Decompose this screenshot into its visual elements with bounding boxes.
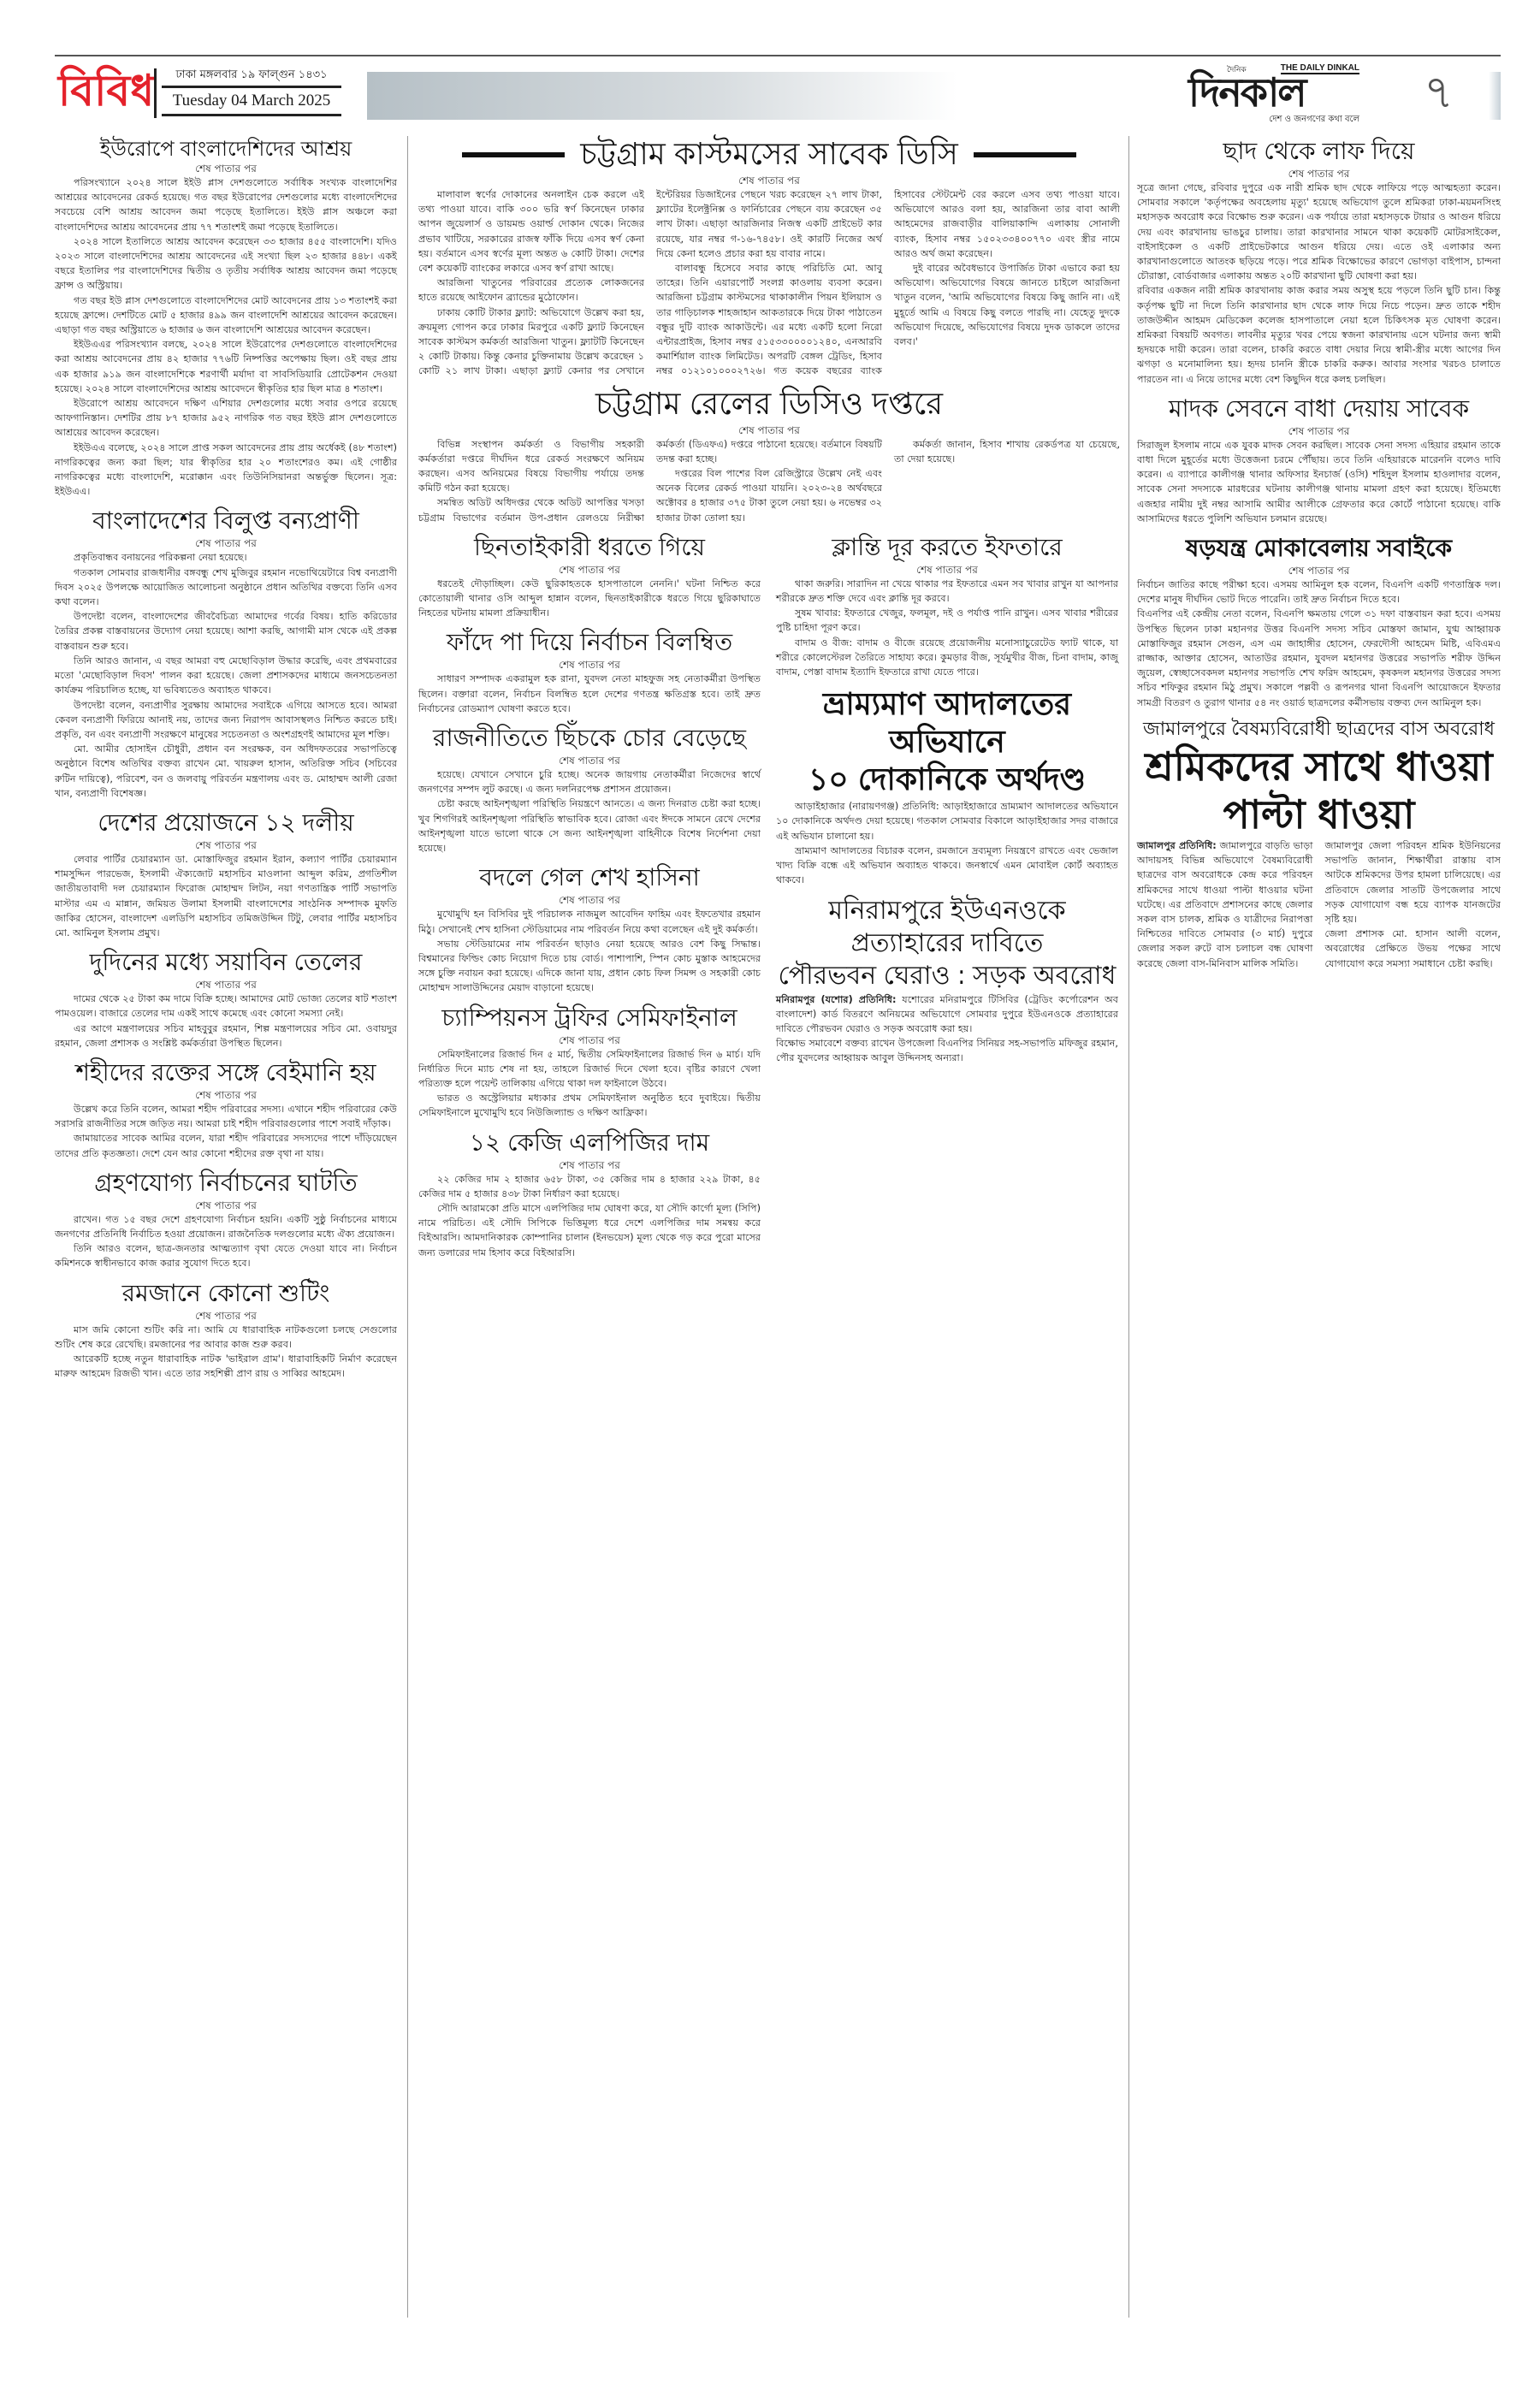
paragraph: ইউরোপে আশ্রয় আবেদনে দক্ষিণ এশিয়ার দেশগ… xyxy=(55,396,397,441)
paragraph: পরিসংখ্যানে ২০২৪ সালে ইইউ প্লাস দেশগুলোত… xyxy=(55,175,397,234)
headline-row: চট্টগ্রাম কাস্টমসের সাবেক ডিসি xyxy=(418,136,1120,174)
byline: মনিরামপুর (যশোর) প্রতিনিধি: xyxy=(776,994,897,1005)
paragraph: কর্মকর্তা জানান, হিসাব শাখায় রেকর্ডপত্র… xyxy=(894,437,1120,466)
article-body: থাকা জরুরি। সারাদিন না খেয়ে থাকার পর ইফ… xyxy=(776,577,1118,679)
paragraph: দুই বারের অবৈধভাবে উপার্জিত টাকা এভাবে ক… xyxy=(894,261,1120,349)
paragraph: সৌদি আরামকো প্রতি মাসে এলপিজির দাম ঘোষণা… xyxy=(418,1201,761,1260)
paragraph: উপদেষ্টা বলেন, বাংলাদেশের জীববৈচিত্র্য আ… xyxy=(55,609,397,654)
paragraph: সুষম খাবার: ইফতারে খেজুর, ফলমূল, দই ও পর… xyxy=(776,606,1118,635)
article: ফাঁদে পা দিয়ে নির্বাচন বিলম্বিত শেষ পাত… xyxy=(418,627,761,716)
continued-label: শেষ পাতার পর xyxy=(1137,424,1501,438)
mid-split: ছিনতাইকারী ধরতে গিয়ে শেষ পাতার পর ধরতেই… xyxy=(418,532,1120,1267)
article-headline: শহীদের রক্তের সঙ্গে বেইমানি হয় xyxy=(55,1057,397,1088)
paragraph: সেমিফাইনালের রিজার্ভ দিন ৫ মার্চ, দ্বিতী… xyxy=(418,1047,761,1092)
continued-label: শেষ পাতার পর xyxy=(776,563,1118,577)
article-headline: ছাদ থেকে লাফ দিয়ে xyxy=(1137,136,1501,167)
article: গ্রহণযোগ্য নির্বাচনের ঘাটতি শেষ পাতার পর… xyxy=(55,1168,397,1271)
paragraph: ধরতেই দৌড়াচ্ছিল। কেউ ছুরিকাহতকে হাসপাতা… xyxy=(418,577,761,621)
paragraph: হয়েছে। যেখানে সেখানে চুরি হচ্ছে। অনেক জ… xyxy=(418,767,761,796)
masthead-slogan: দেশ ও জনগণের কথা বলে xyxy=(1269,113,1359,127)
article-monirampur: মনিরামপুরে ইউএনওকে প্রত্যাহারের দাবিতে প… xyxy=(776,895,1118,1066)
article-body: মাস জমি কোনো শুটিং করি না। আমি যে ধারাবা… xyxy=(55,1323,397,1382)
paragraph: মুখোমুখি হন বিসিবির দুই পরিচালক নাজমুল আ… xyxy=(418,907,761,936)
article-headline: ইউরোপে বাংলাদেশিদের আশ্রয় xyxy=(55,136,397,162)
paragraph: ২০২৪ সালে ইতালিতে আশ্রয় আবেদন করেছেন ৩৩… xyxy=(55,234,397,293)
paragraph: রবিবার একজন নারী শ্রমিক কারখানায় কাজ কর… xyxy=(1137,283,1501,386)
article-rail: চট্টগ্রাম রেলের ডিসিও দপ্তরে শেষ পাতার প… xyxy=(418,386,1120,525)
masthead-title: দিনকাল xyxy=(1188,70,1306,115)
paragraph: আরজিনা খাতুনের পরিবারের প্রত্যেক লোকজনের… xyxy=(418,275,644,305)
paragraph: সূত্রে জানা গেছে, রবিবার দুপুরে এক নারী … xyxy=(1137,181,1501,283)
paragraph: লেবার পার্টির চেয়ারম্যান ডা. মোস্তাফিজু… xyxy=(55,852,397,940)
mid-right-sub: ক্লান্তি দূর করতে ইফতারে শেষ পাতার পর থা… xyxy=(776,532,1118,1267)
date-box: ঢাকা মঙ্গলবার ১৯ ফাল্গুন ১৪৩১ Tuesday 04… xyxy=(162,67,341,118)
byline: জামালপুর প্রতিনিধি: xyxy=(1137,840,1217,851)
article-headline: দেশের প্রয়োজনে ১২ দলীয় xyxy=(55,808,397,838)
section-title: বিবিধ xyxy=(58,65,154,116)
middle-column: চট্টগ্রাম কাস্টমসের সাবেক ডিসি শেষ পাতার… xyxy=(418,136,1120,1267)
article: ষড়যন্ত্র মোকাবেলায় সবাইকে শেষ পাতার পর… xyxy=(1137,533,1501,710)
continued-label: শেষ পাতার পর xyxy=(55,1199,397,1212)
continued-label: শেষ পাতার পর xyxy=(1137,564,1501,577)
article-body: আড়াইহাজার (নারায়ণগঞ্জ) প্রতিনিধি: আড়া… xyxy=(776,799,1118,887)
article-body: রাখেন। গত ১৫ বছর দেশে গ্রহণযোগ্য নির্বাচ… xyxy=(55,1212,397,1271)
paragraph: আড়াইহাজার (নারায়ণগঞ্জ) প্রতিনিধি: আড়া… xyxy=(776,799,1118,844)
page-number: ৭ xyxy=(1424,67,1454,118)
article-headline-line2: পৌরভবন ঘেরাও : সড়ক অবরোধ xyxy=(776,960,1118,992)
continued-label: শেষ পাতার পর xyxy=(418,754,761,767)
article: ইউরোপে বাংলাদেশিদের আশ্রয় শেষ পাতার পর … xyxy=(55,136,397,499)
paragraph: মাস জমি কোনো শুটিং করি না। আমি যে ধারাবা… xyxy=(55,1323,397,1352)
article-body: হয়েছে। যেখানে সেখানে চুরি হচ্ছে। অনেক জ… xyxy=(418,767,761,856)
continued-label: শেষ পাতার পর xyxy=(55,1309,397,1323)
paragraph: তিনি আরও বলেন, ছাত্র-জনতার আত্মত্যাগ বৃথ… xyxy=(55,1241,397,1270)
article-headline: বাংলাদেশের বিলুপ্ত বন্যপ্রাণী xyxy=(55,506,397,536)
article-headline-line1: ভ্রাম্যমাণ আদালতের অভিযানে xyxy=(776,686,1118,761)
continued-label: শেষ পাতার পর xyxy=(418,1158,761,1172)
paragraph: চেষ্টা করছে আইনশৃঙ্খলা পরিস্থিতি নিয়ন্ত… xyxy=(418,796,761,856)
article-body: পরিসংখ্যানে ২০২৪ সালে ইইউ প্লাস দেশগুলোত… xyxy=(55,175,397,499)
paragraph: জামালপুর জেলা পরিবহন শ্রমিক ইউনিয়নের সভ… xyxy=(1325,838,1501,927)
continued-label: শেষ পাতার পর xyxy=(55,162,397,175)
header-right-shade xyxy=(1489,72,1501,120)
article: রাজনীতিতে ছিঁচকে চোর বেড়েছে শেষ পাতার প… xyxy=(418,723,761,856)
article-body: সিরাজুল ইসলাম নামে এক যুবক মাদক সেবন করছ… xyxy=(1137,438,1501,526)
continued-label: শেষ পাতার পর xyxy=(55,978,397,992)
paragraph: ইইউএএর পরিসংখ্যান বলছে, ২০২৪ সালে ইউরোপে… xyxy=(55,337,397,396)
paragraph: প্রকৃতিবান্ধব বনায়নের পরিকল্পনা নেয়া হ… xyxy=(55,550,397,565)
article-headline: ফাঁদে পা দিয়ে নির্বাচন বিলম্বিত xyxy=(418,627,761,658)
article-headline: ষড়যন্ত্র মোকাবেলায় সবাইকে xyxy=(1137,533,1501,564)
paragraph: বিক্ষোভ সমাবেশে বক্তব্য রাখেন উপজেলা বিএ… xyxy=(776,1036,1118,1065)
article: শহীদের রক্তের সঙ্গে বেইমানি হয় শেষ পাতা… xyxy=(55,1057,397,1161)
paragraph: গত বছর ইউ প্লাস দেশগুলোতে বাংলাদেশিদের ম… xyxy=(55,293,397,338)
paragraph: ২২ কেজির দাম ২ হাজার ৬৫৮ টাকা, ৩৫ কেজির … xyxy=(418,1172,761,1201)
continued-label: শেষ পাতার পর xyxy=(418,174,1120,187)
header-gradient-bar xyxy=(367,72,957,120)
article: মাদক সেবনে বাধা দেয়ায় সাবেক শেষ পাতার … xyxy=(1137,394,1501,526)
paragraph: বিএনপির এই কেন্দ্রীয় নেতা বলেন, বিএনপি … xyxy=(1137,607,1501,709)
header-divider xyxy=(154,68,157,118)
paragraph: থাকা জরুরি। সারাদিন না খেয়ে থাকার পর ইফ… xyxy=(776,577,1118,606)
paragraph: সিরাজুল ইসলাম নামে এক যুবক মাদক সেবন করছ… xyxy=(1137,438,1501,526)
paragraph: এর আগে মন্ত্রণালয়ের সচিব মাহবুবুর রহমান… xyxy=(55,1021,397,1051)
paragraph: মালাবাল স্বর্ণের দোকানের অনলাইন চেক করলে… xyxy=(418,187,644,275)
article-body: সাধারণ সম্পাদক একরামুল হক রানা, যুবদল নে… xyxy=(418,672,761,716)
article-headline: চট্টগ্রাম রেলের ডিসিও দপ্তরে xyxy=(418,386,1120,423)
article-headline: রমজানে কোনো শুটিং xyxy=(55,1278,397,1309)
article: দুদিনের মধ্যে সয়াবিন তেলের শেষ পাতার পর… xyxy=(55,947,397,1051)
article-body: লেবার পার্টির চেয়ারম্যান ডা. মোস্তাফিজু… xyxy=(55,852,397,940)
paragraph: জামালপুরে বাড়তি ভাড়া আদায়সহ বিভিন্ন অ… xyxy=(1137,840,1313,969)
article-body: দামের থেকে ২৫ টাকা কম দামে বিক্রি হচ্ছে।… xyxy=(55,992,397,1051)
continued-label: শেষ পাতার পর xyxy=(418,563,761,577)
paragraph: ভ্রাম্যমাণ আদালতের বিচারক বলেন, রমজানে দ… xyxy=(776,844,1118,888)
article-headline: ক্লান্তি দূর করতে ইফতারে xyxy=(776,532,1118,563)
article-body: মনিরামপুর (যশোর) প্রতিনিধি: যশোরের মনিরা… xyxy=(776,992,1118,1066)
continued-label: শেষ পাতার পর xyxy=(55,838,397,852)
article-headline: চট্টগ্রাম কাস্টমসের সাবেক ডিসি xyxy=(580,136,958,174)
article-headline: রাজনীতিতে ছিঁচকে চোর বেড়েছে xyxy=(418,723,761,754)
article-headline: দুদিনের মধ্যে সয়াবিন তেলের xyxy=(55,947,397,978)
headline-rule-left xyxy=(462,152,565,157)
article-body: ধরতেই দৌড়াচ্ছিল। কেউ ছুরিকাহতকে হাসপাতা… xyxy=(418,577,761,621)
paragraph: দামের থেকে ২৫ টাকা কম দামে বিক্রি হচ্ছে।… xyxy=(55,992,397,1021)
right-column: ছাদ থেকে লাফ দিয়ে শেষ পাতার পর সূত্রে জ… xyxy=(1137,136,1501,978)
date-english: Tuesday 04 March 2025 xyxy=(162,90,341,112)
paragraph: গতকাল সোমবার রাজধানীর বঙ্গবন্ধু শেখ মুজি… xyxy=(55,565,397,610)
mid-left-sub: ছিনতাইকারী ধরতে গিয়ে শেষ পাতার পর ধরতেই… xyxy=(418,532,761,1267)
article-customs: চট্টগ্রাম কাস্টমসের সাবেক ডিসি শেষ পাতার… xyxy=(418,136,1120,379)
article: চ্যাম্পিয়নস ট্রফির সেমিফাইনাল শেষ পাতার… xyxy=(418,1003,761,1121)
paragraph: জামায়াতের সাবেক আমির বলেন, যারা শহীদ পর… xyxy=(55,1131,397,1160)
top-rule xyxy=(55,55,1501,56)
paragraph: নির্বাচন জাতির কাছে পরীক্ষা হবে। এসময় আ… xyxy=(1137,577,1501,607)
paragraph: ইইউএএ বলেছে, ২০২৪ সালে প্রাপ্ত সকল আবেদন… xyxy=(55,441,397,500)
article-headline: গ্রহণযোগ্য নির্বাচনের ঘাটতি xyxy=(55,1168,397,1199)
article-headline-line1: শ্রমিকদের সাথে ধাওয়া xyxy=(1137,743,1501,790)
article: দেশের প্রয়োজনে ১২ দলীয় শেষ পাতার পর লে… xyxy=(55,808,397,940)
article-body: প্রকৃতিবান্ধব বনায়নের পরিকল্পনা নেয়া হ… xyxy=(55,550,397,800)
article-body: সেমিফাইনালের রিজার্ভ দিন ৫ মার্চ, দ্বিতী… xyxy=(418,1047,761,1121)
paragraph: দপ্তরের বিল পাশের বিল রেজিস্ট্রারে উল্লে… xyxy=(656,466,882,525)
article-headline: মাদক সেবনে বাধা দেয়ায় সাবেক xyxy=(1137,394,1501,424)
paragraph: উল্লেখ করে তিনি বলেন, আমরা শহীদ পরিবারের… xyxy=(55,1102,397,1131)
article-body: উল্লেখ করে তিনি বলেন, আমরা শহীদ পরিবারের… xyxy=(55,1102,397,1161)
paragraph: উপদেষ্টা বলেন, বন্যপ্রাণীর সুরক্ষায় আমা… xyxy=(55,698,397,743)
article-body: মালাবাল স্বর্ণের দোকানের অনলাইন চেক করলে… xyxy=(418,187,1120,379)
article: ছাদ থেকে লাফ দিয়ে শেষ পাতার পর সূত্রে জ… xyxy=(1137,136,1501,387)
paragraph: তিনি আরও জানান, এ বছর আমরা বহু মেছোবিড়া… xyxy=(55,654,397,698)
left-column: ইউরোপে বাংলাদেশিদের আশ্রয় শেষ পাতার পর … xyxy=(55,136,397,1388)
date-bengali: ঢাকা মঙ্গলবার ১৯ ফাল্গুন ১৪৩১ xyxy=(162,67,341,84)
article-mobile-court: ভ্রাম্যমাণ আদালতের অভিযানে ১০ দোকানিকে অ… xyxy=(776,686,1118,887)
article-kicker: জামালপুরে বৈষম্যবিরোধী ছাত্রদের বাস অবরো… xyxy=(1137,717,1501,743)
continued-label: শেষ পাতার পর xyxy=(55,1088,397,1102)
date-rule-bottom xyxy=(162,114,341,116)
article: ছিনতাইকারী ধরতে গিয়ে শেষ পাতার পর ধরতেই… xyxy=(418,532,761,621)
continued-label: শেষ পাতার পর xyxy=(1137,167,1501,181)
paragraph: বাদাম ও বীজ: বাদাম ও বীজে রয়েছে প্রয়োজ… xyxy=(776,636,1118,680)
article-body: সূত্রে জানা গেছে, রবিবার দুপুরে এক নারী … xyxy=(1137,181,1501,387)
paragraph: মো. আমীর হোসাইন চৌধুরী, প্রধান বন সংরক্ষ… xyxy=(55,742,397,801)
paragraph: বিভিন্ন সংস্থাপন কর্মকর্তা ও বিভাগীয় সহ… xyxy=(418,437,644,496)
continued-label: শেষ পাতার পর xyxy=(418,1033,761,1047)
paragraph: সাধারণ সম্পাদক একরামুল হক রানা, যুবদল নে… xyxy=(418,672,761,716)
headline-rule-right xyxy=(974,152,1076,157)
continued-label: শেষ পাতার পর xyxy=(418,658,761,672)
masthead-logo: দৈনিক THE DAILY DINKAL দিনকাল দেশ ও জনগণ… xyxy=(1188,62,1359,126)
article: বাংলাদেশের বিলুপ্ত বন্যপ্রাণী শেষ পাতার … xyxy=(55,506,397,800)
continued-label: শেষ পাতার পর xyxy=(418,423,1120,437)
article-headline-line2: ১০ দোকানিকে অর্থদণ্ড xyxy=(776,761,1118,799)
article-headline-line2: পাল্টা ধাওয়া xyxy=(1137,790,1501,838)
article-headline: চ্যাম্পিয়নস ট্রফির সেমিফাইনাল xyxy=(418,1003,761,1033)
article-headline: ১২ কেজি এলপিজির দাম xyxy=(418,1128,761,1158)
article-headline: বদলে গেল শেখ হাসিনা xyxy=(418,862,761,893)
column-rule xyxy=(1128,136,1129,2318)
paragraph: আরেকটি হচ্ছে নতুন ধারাবাহিক নাটক 'ভাইরাল… xyxy=(55,1352,397,1381)
article-jamalpur: জামালপুরে বৈষম্যবিরোধী ছাত্রদের বাস অবরো… xyxy=(1137,717,1501,971)
article: রমজানে কোনো শুটিং শেষ পাতার পর মাস জমি ক… xyxy=(55,1278,397,1382)
paragraph: রাখেন। গত ১৫ বছর দেশে গ্রহণযোগ্য নির্বাচ… xyxy=(55,1212,397,1241)
continued-label: শেষ পাতার পর xyxy=(55,536,397,550)
article: বদলে গেল শেখ হাসিনা শেষ পাতার পর মুখোমুখ… xyxy=(418,862,761,995)
article: ১২ কেজি এলপিজির দাম শেষ পাতার পর ২২ কেজি… xyxy=(418,1128,761,1260)
article-body: ২২ কেজির দাম ২ হাজার ৬৫৮ টাকা, ৩৫ কেজির … xyxy=(418,1172,761,1260)
page-header: বিবিধ ঢাকা মঙ্গলবার ১৯ ফাল্গুন ১৪৩১ Tues… xyxy=(55,62,1501,121)
date-rule-top xyxy=(162,86,341,88)
paragraph: সভায় স্টেডিয়ামের নাম পরিবর্তন ছাড়াও ন… xyxy=(418,937,761,996)
continued-label: শেষ পাতার পর xyxy=(418,893,761,907)
article-headline-line1: মনিরামপুরে ইউএনওকে প্রত্যাহারের দাবিতে xyxy=(776,895,1118,960)
paragraph: জেলা প্রশাসক মো. হাসান আলী বলেন, অবরোধের… xyxy=(1325,927,1501,971)
article-body: নির্বাচন জাতির কাছে পরীক্ষা হবে। এসময় আ… xyxy=(1137,577,1501,710)
article-headline: ছিনতাইকারী ধরতে গিয়ে xyxy=(418,532,761,563)
paragraph: ভারত ও অস্ট্রেলিয়ার মধ্যকার প্রথম সেমিফ… xyxy=(418,1091,761,1120)
newspaper-page: বিবিধ ঢাকা মঙ্গলবার ১৯ ফাল্গুন ১৪৩১ Tues… xyxy=(55,55,1501,2322)
article-body: মুখোমুখি হন বিসিবির দুই পরিচালক নাজমুল আ… xyxy=(418,907,761,995)
article-body: জামালপুর প্রতিনিধি: জামালপুরে বাড়তি ভাড… xyxy=(1137,838,1501,971)
column-rule xyxy=(407,136,408,2318)
article-body: বিভিন্ন সংস্থাপন কর্মকর্তা ও বিভাগীয় সহ… xyxy=(418,437,1120,525)
article: ক্লান্তি দূর করতে ইফতারে শেষ পাতার পর থা… xyxy=(776,532,1118,679)
